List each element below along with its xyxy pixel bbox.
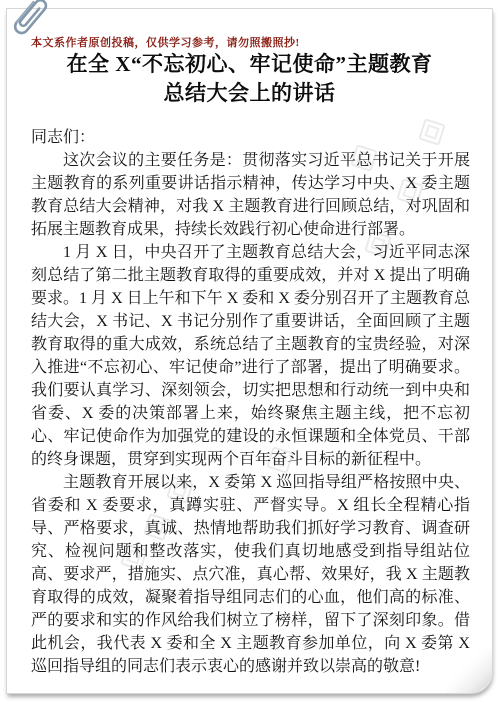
- paragraph: 1 月 X 日，中央召开了主题教育总结大会，习近平同志深刻总结了第二批主题教育取…: [31, 241, 470, 471]
- document-title: 在全 X“不忘初心、牢记使命”主题教育 总结大会上的讲话: [7, 50, 492, 108]
- paragraph: 这次会议的主要任务是：贯彻落实习近平总书记关于开展主题教育的系列重要讲话指示精神…: [31, 149, 470, 241]
- disclaimer-text: 本文系作者原创投稿，仅供学习参考，请勿照搬照抄!: [31, 36, 300, 50]
- salutation: 同志们：: [31, 126, 470, 149]
- paragraph: 主题教育开展以来，X 委第 X 巡回指导组严格按照中央、省委和 X 委要求，真蹲…: [31, 471, 470, 678]
- document-body: 同志们： 这次会议的主要任务是：贯彻落实习近平总书记关于开展主题教育的系列重要讲…: [31, 126, 470, 678]
- document-title-line2: 总结大会上的讲话: [7, 79, 492, 108]
- document-title-line1: 在全 X“不忘初心、牢记使命”主题教育: [7, 50, 492, 79]
- document-canvas: 本文系作者原创投稿，仅供学习参考，请勿照搬照抄! 在全 X“不忘初心、牢记使命”…: [0, 0, 500, 708]
- paper-sheet: 本文系作者原创投稿，仅供学习参考，请勿照搬照抄! 在全 X“不忘初心、牢记使命”…: [6, 8, 493, 694]
